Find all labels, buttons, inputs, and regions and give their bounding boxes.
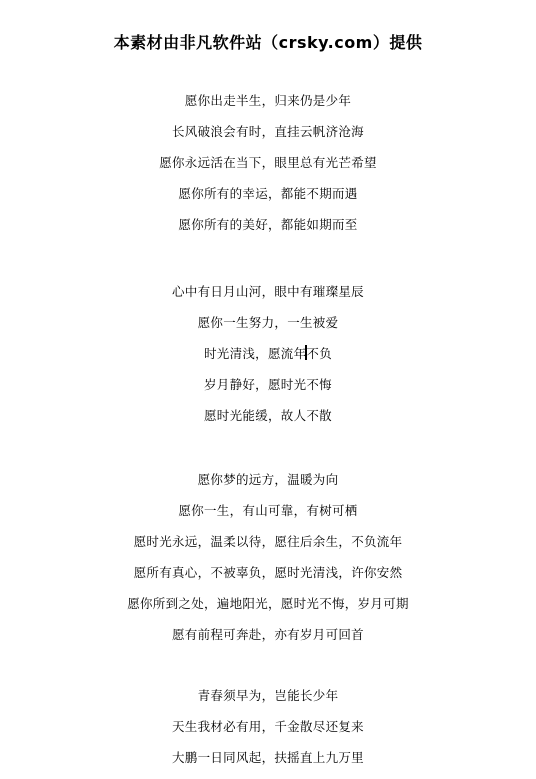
text-line-with-cursor[interactable]: 时光清浅，愿流年不负	[0, 338, 536, 369]
stanza-3: 愿你梦的远方，温暖为向 愿你一生，有山可靠，有树可栖 愿时光永远，温柔以待，愿往…	[0, 464, 536, 650]
text-line[interactable]: 愿你所有的美好，都能如期而至	[0, 209, 536, 240]
text-line[interactable]: 大鹏一日同风起，扶摇直上九万里	[0, 742, 536, 773]
stanza-2: 心中有日月山河，眼中有璀璨星辰 愿你一生努力，一生被爱 时光清浅，愿流年不负 岁…	[0, 276, 536, 431]
text-line[interactable]: 天生我材必有用，千金散尽还复来	[0, 711, 536, 742]
text-line[interactable]: 心中有日月山河，眼中有璀璨星辰	[0, 276, 536, 307]
text-line[interactable]: 愿你所到之处，遍地阳光，愿时光不悔，岁月可期	[0, 588, 536, 619]
text-line[interactable]: 愿你永远活在当下，眼里总有光芒希望	[0, 147, 536, 178]
text-after-cursor: 不负	[306, 346, 332, 361]
text-line[interactable]: 愿所有真心，不被辜负，愿时光清浅，许你安然	[0, 557, 536, 588]
text-line[interactable]: 愿你所有的幸运，都能不期而遇	[0, 178, 536, 209]
text-before-cursor: 时光清浅，愿流年	[204, 346, 306, 361]
text-line[interactable]: 青春须早为，岂能长少年	[0, 680, 536, 711]
document-page[interactable]: 本素材由非凡软件站（crsky.com）提供 愿你出走半生，归来仍是少年 长风破…	[0, 0, 536, 779]
text-line[interactable]: 愿时光能缓，故人不散	[0, 400, 536, 431]
text-line[interactable]: 愿你一生努力，一生被爱	[0, 307, 536, 338]
text-line[interactable]: 岁月静好，愿时光不悔	[0, 369, 536, 400]
text-line[interactable]: 愿你出走半生，归来仍是少年	[0, 85, 536, 116]
text-line[interactable]: 愿时光永远，温柔以待，愿往后余生，不负流年	[0, 526, 536, 557]
text-line[interactable]: 长风破浪会有时，直挂云帆济沧海	[0, 116, 536, 147]
stanza-4: 青春须早为，岂能长少年 天生我材必有用，千金散尽还复来 大鹏一日同风起，扶摇直上…	[0, 680, 536, 773]
document-title[interactable]: 本素材由非凡软件站（crsky.com）提供	[0, 0, 536, 55]
text-line[interactable]: 愿你梦的远方，温暖为向	[0, 464, 536, 495]
text-line[interactable]: 愿你一生，有山可靠，有树可栖	[0, 495, 536, 526]
stanza-1: 愿你出走半生，归来仍是少年 长风破浪会有时，直挂云帆济沧海 愿你永远活在当下，眼…	[0, 85, 536, 240]
text-line[interactable]: 愿有前程可奔赴，亦有岁月可回首	[0, 619, 536, 650]
